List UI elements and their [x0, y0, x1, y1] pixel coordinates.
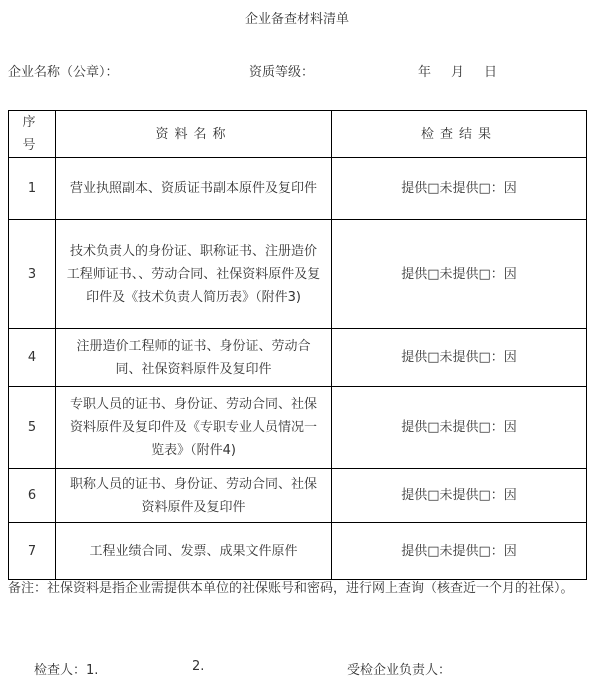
date-month-label: 月	[451, 61, 464, 80]
check-result: 提供□未提供□：因	[332, 158, 587, 220]
material-name: 注册造价工程师的证书、身份证、劳动合同、社保资料原件及复印件	[56, 329, 332, 387]
row-number: 5	[9, 387, 56, 469]
date-day-label: 日	[484, 61, 497, 80]
qualification-label: 资质等级：	[249, 61, 314, 80]
inspector-2-label: 2.	[192, 659, 204, 674]
check-result: 提供□未提供□：因	[332, 469, 587, 523]
row-number: 7	[9, 523, 56, 580]
materials-checklist-table: 序号 资料名称 检查结果 1 营业执照副本、资质证书副本原件及复印件 提供□未提…	[8, 110, 587, 580]
column-header-check-result: 检查结果	[332, 111, 587, 158]
company-name-label: 企业名称（公章）：	[8, 61, 119, 80]
table-row: 4 注册造价工程师的证书、身份证、劳动合同、社保资料原件及复印件 提供□未提供□…	[9, 329, 587, 387]
material-name: 技术负责人的身份证、职称证书、注册造价工程师证书、、劳动合同、社保资料原件及复印…	[56, 220, 332, 329]
material-name: 工程业绩合同、发票、成果文件原件	[56, 523, 332, 580]
row-number: 4	[9, 329, 56, 387]
table-row: 3 技术负责人的身份证、职称证书、注册造价工程师证书、、劳动合同、社保资料原件及…	[9, 220, 587, 329]
row-number: 6	[9, 469, 56, 523]
column-header-no: 序号	[9, 111, 56, 158]
remarks-note: 备注：社保资料是指企业需提供本单位的社保账号和密码，进行网上查询（核查近一个月的…	[8, 576, 586, 601]
table-row: 6 职称人员的证书、身份证、劳动合同、社保资料原件及复印件 提供□未提供□：因	[9, 469, 587, 523]
check-result: 提供□未提供□：因	[332, 329, 587, 387]
company-rep-label: 受检企业负责人：	[347, 659, 451, 678]
row-number: 3	[9, 220, 56, 329]
document-title: 企业备查材料清单	[0, 8, 594, 27]
check-result: 提供□未提供□：因	[332, 220, 587, 329]
header-fields: 企业名称（公章）： 资质等级： 年 月 日	[0, 61, 594, 81]
check-result: 提供□未提供□：因	[332, 387, 587, 469]
row-number: 1	[9, 158, 56, 220]
check-result: 提供□未提供□：因	[332, 523, 587, 580]
material-name: 职称人员的证书、身份证、劳动合同、社保资料原件及复印件	[56, 469, 332, 523]
material-name: 营业执照副本、资质证书副本原件及复印件	[56, 158, 332, 220]
table-row: 7 工程业绩合同、发票、成果文件原件 提供□未提供□：因	[9, 523, 587, 580]
column-header-material-name: 资料名称	[56, 111, 332, 158]
material-name: 专职人员的证书、身份证、劳动合同、社保资料原件及复印件及《专职专业人员情况一览表…	[56, 387, 332, 469]
table-row: 1 营业执照副本、资质证书副本原件及复印件 提供□未提供□：因	[9, 158, 587, 220]
date-year-label: 年	[418, 61, 431, 80]
inspector-label: 检查人：1.	[34, 659, 98, 678]
table-row: 5 专职人员的证书、身份证、劳动合同、社保资料原件及复印件及《专职专业人员情况一…	[9, 387, 587, 469]
table-header-row: 序号 资料名称 检查结果	[9, 111, 587, 158]
